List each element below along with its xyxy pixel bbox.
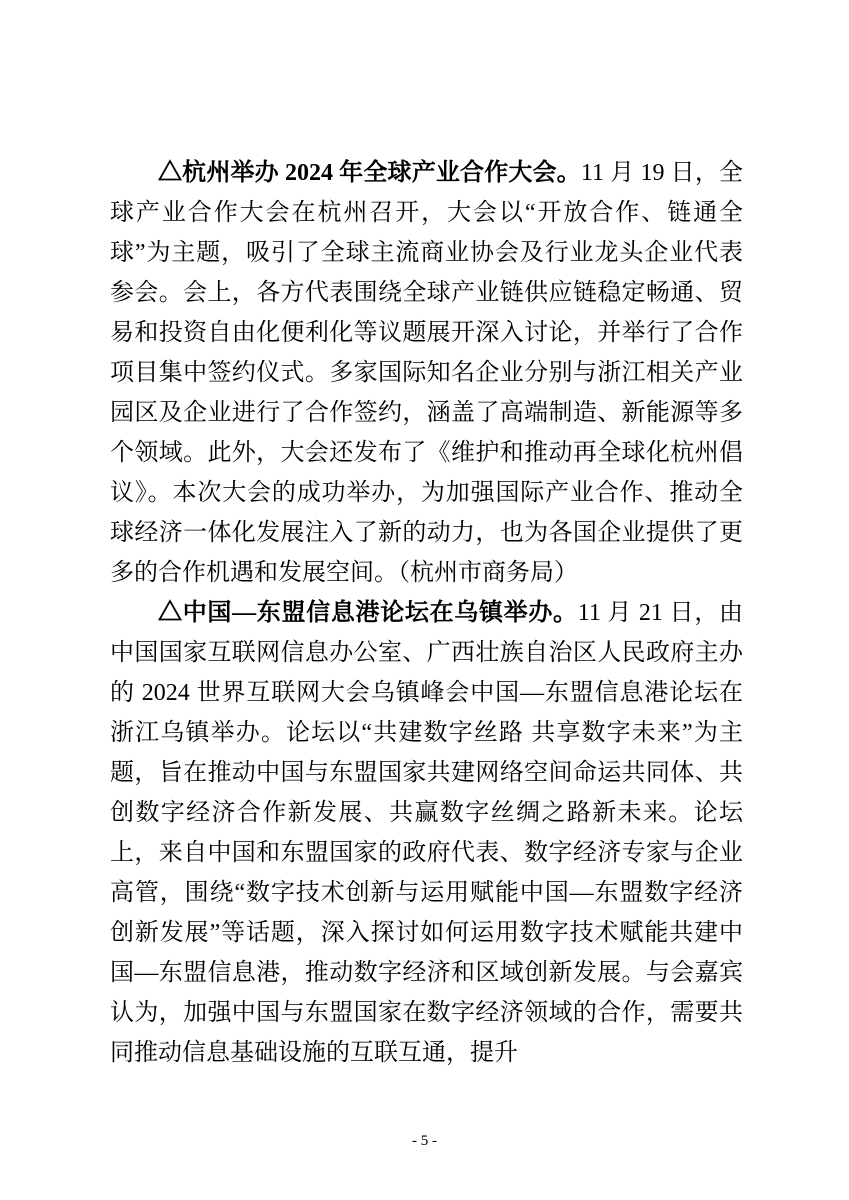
paragraph-hangzhou-body: 11 月 19 日，全球产业合作大会在杭州召开，大会以“开放合作、链通全球”为主…: [110, 160, 743, 586]
paragraph-hangzhou-heading: △杭州举办 2024 年全球产业合作大会。: [158, 160, 581, 186]
paragraph-asean-heading: △中国—东盟信息港论坛在乌镇举办。: [158, 600, 578, 626]
paragraph-asean-forum: △中国—东盟信息港论坛在乌镇举办。11 月 21 日，由中国国家互联网信息办公室…: [110, 593, 743, 1073]
paragraph-hangzhou-conference: △杭州举办 2024 年全球产业合作大会。11 月 19 日，全球产业合作大会在…: [110, 153, 743, 593]
document-page: △杭州举办 2024 年全球产业合作大会。11 月 19 日，全球产业合作大会在…: [0, 0, 849, 1200]
paragraph-asean-body: 11 月 21 日，由中国国家互联网信息办公室、广西壮族自治区人民政府主办的 2…: [110, 600, 743, 1066]
page-body: △杭州举办 2024 年全球产业合作大会。11 月 19 日，全球产业合作大会在…: [110, 153, 743, 1073]
page-number: - 5 -: [0, 1131, 849, 1151]
